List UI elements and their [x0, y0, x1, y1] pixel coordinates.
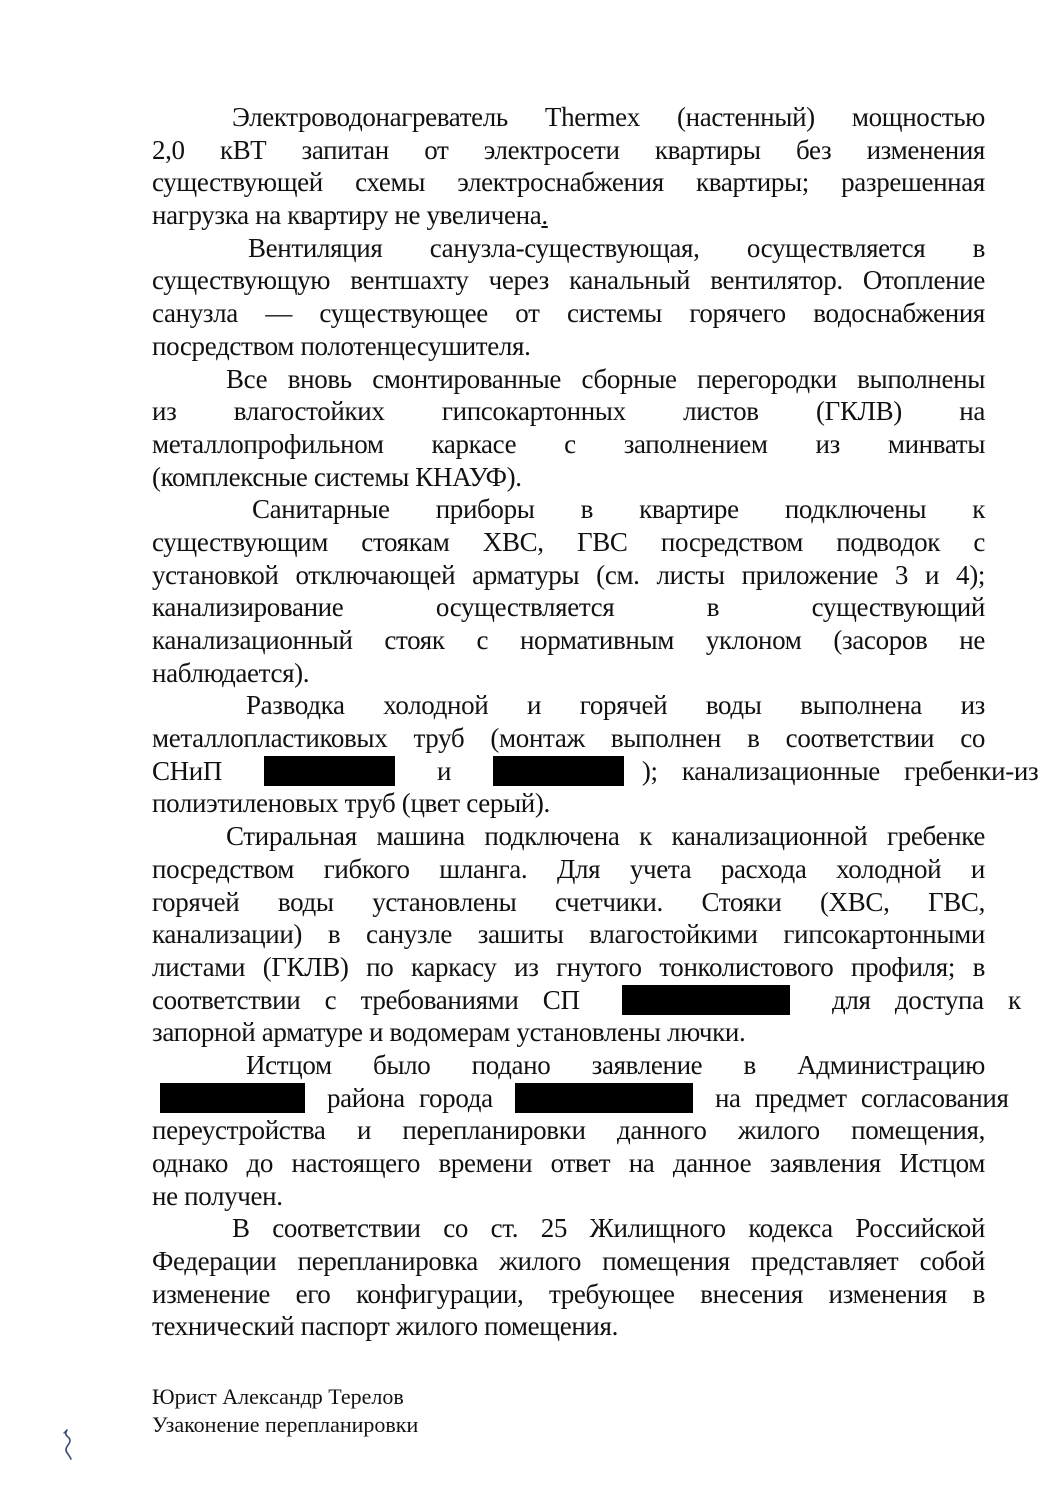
text-line: района города на предмет согласования: [152, 1082, 985, 1115]
paragraph-ventilation: Вентиляция санузла-существующая, осущест…: [152, 232, 985, 363]
text-line: однако до настоящего времени ответ на да…: [152, 1147, 985, 1180]
text-line: существующим стоякам ХВС, ГВС посредство…: [152, 526, 985, 559]
text-line: переустройства и перепланировки данного …: [152, 1114, 985, 1147]
text-line: наблюдается).: [152, 657, 985, 690]
text-line: посредством гибкого шланга. Для учета ра…: [152, 853, 985, 886]
text-line: запорной арматуре и водомерам установлен…: [152, 1016, 985, 1049]
text-line: СНиП и ); канализационные гребенки-из: [152, 755, 985, 788]
paragraph-washing-machine: Стиральная машина подключена к канализац…: [152, 820, 985, 1049]
text-fragment: ); канализационные гребенки-из: [642, 756, 1038, 786]
text-fragment: соответствии с требованиями СП: [152, 985, 580, 1015]
text-line: существующую вентшахту через канальный в…: [152, 264, 985, 297]
text-line: В соответствии со ст. 25 Жилищного кодек…: [152, 1212, 985, 1245]
text-fragment: района города: [327, 1083, 493, 1113]
text-line: металлопрофильном каркасе с заполнением …: [152, 428, 985, 461]
text-line: канализирование осуществляется в существ…: [152, 591, 985, 624]
text-fragment: для доступа к: [832, 985, 1021, 1015]
text-line: технический паспорт жилого помещения.: [152, 1310, 985, 1343]
footer-subtitle: Узаконение перепланировки: [152, 1411, 418, 1439]
text-line: канализационный стояк с нормативным укло…: [152, 624, 985, 657]
handwritten-squiggle-icon: [62, 1428, 76, 1462]
document-page: Электроводонагреватель Thermex (настенны…: [0, 0, 1061, 1500]
paragraph-application: Истцом было подано заявление в Администр…: [152, 1049, 985, 1212]
text-line: Стиральная машина подключена к канализац…: [152, 820, 985, 853]
text-line: Санитарные приборы в квартире подключены…: [152, 493, 985, 526]
redaction-box: [493, 756, 624, 786]
text-line: Все вновь смонтированные сборные перегор…: [152, 363, 985, 396]
text-fragment: нагрузка на квартиру не увеличена: [152, 200, 541, 230]
text-line: Разводка холодной и горячей воды выполне…: [152, 689, 985, 722]
text-line: не получен.: [152, 1180, 985, 1213]
text-line: Федерации перепланировка жилого помещени…: [152, 1245, 985, 1278]
text-line: изменение его конфигурации, требующее вн…: [152, 1278, 985, 1311]
redaction-box: [622, 985, 790, 1015]
text-fragment: и: [437, 756, 451, 786]
redaction-box: [160, 1083, 305, 1113]
text-line: Электроводонагреватель Thermex (настенны…: [152, 101, 985, 134]
paragraph-plumbing: Разводка холодной и горячей воды выполне…: [152, 689, 985, 820]
document-footer: Юрист Александр Терелов Узаконение переп…: [152, 1383, 418, 1439]
text-line: существующей схемы электроснабжения квар…: [152, 166, 985, 199]
text-line: 2,0 кВТ запитан от электросети квартиры …: [152, 134, 985, 167]
text-line: горячей воды установлены счетчики. Стояк…: [152, 886, 985, 919]
underlined-period: .: [541, 200, 547, 230]
paragraph-sanitary: Санитарные приборы в квартире подключены…: [152, 493, 985, 689]
paragraph-partitions: Все вновь смонтированные сборные перегор…: [152, 363, 985, 494]
document-body: Электроводонагреватель Thermex (настенны…: [152, 101, 985, 1343]
text-line: Истцом было подано заявление в Администр…: [152, 1049, 985, 1082]
redaction-box: [264, 756, 395, 786]
text-line: установкой отключающей арматуры (см. лис…: [152, 559, 985, 592]
text-line: металлопластиковых труб (монтаж выполнен…: [152, 722, 985, 755]
paragraph-water-heater: Электроводонагреватель Thermex (настенны…: [152, 101, 985, 232]
footer-author: Юрист Александр Терелов: [152, 1383, 418, 1411]
text-line: листами (ГКЛВ) по каркасу из гнутого тон…: [152, 951, 985, 984]
text-line: соответствии с требованиями СП для досту…: [152, 984, 985, 1017]
text-line: санузла — существующее от системы горяче…: [152, 297, 985, 330]
text-line: посредством полотенцесушителя.: [152, 330, 985, 363]
redaction-box: [515, 1083, 693, 1113]
text-fragment: СНиП: [152, 756, 222, 786]
text-line: из влагостойких гипсокартонных листов (Г…: [152, 395, 985, 428]
paragraph-housing-code: В соответствии со ст. 25 Жилищного кодек…: [152, 1212, 985, 1343]
text-line: (комплексные системы КНАУФ).: [152, 461, 985, 494]
text-line: канализации) в санузле зашиты влагостойк…: [152, 918, 985, 951]
text-line: Вентиляция санузла-существующая, осущест…: [152, 232, 985, 265]
text-fragment: на предмет согласования: [715, 1083, 1009, 1113]
text-line: полиэтиленовых труб (цвет серый).: [152, 787, 985, 820]
text-line: нагрузка на квартиру не увеличена.: [152, 199, 985, 232]
